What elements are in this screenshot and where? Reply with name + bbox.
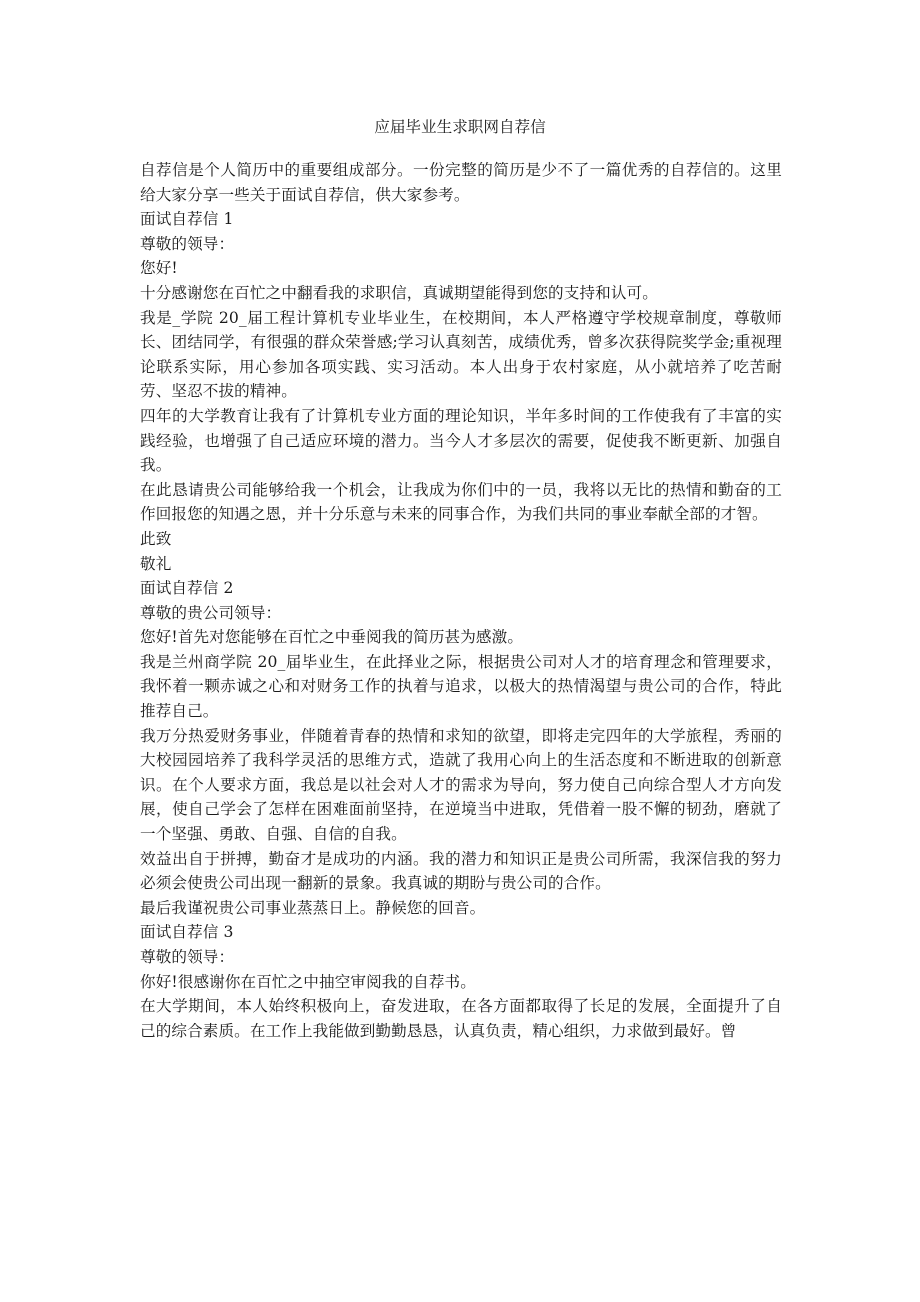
intro-paragraph: 自荐信是个人简历中的重要组成部分。一份完整的简历是少不了一篇优秀的自荐信的。这里… — [140, 158, 782, 207]
paragraph: 最后我谨祝贵公司事业蒸蒸日上。静候您的回音。 — [140, 896, 782, 921]
section-heading-letter-2: 面试自荐信 2 — [140, 576, 782, 601]
paragraph: 我万分热爱财务事业，伴随着青春的热情和求知的欲望，即将走完四年的大学旅程，秀丽的… — [140, 724, 782, 847]
salutation: 尊敬的领导： — [140, 232, 782, 257]
paragraph: 效益出自于拼搏，勤奋才是成功的内涵。我的潜力和知识正是贵公司所需，我深信我的努力… — [140, 847, 782, 896]
paragraph: 十分感谢您在百忙之中翻看我的求职信，真诚期望能得到您的支持和认可。 — [140, 281, 782, 306]
document-page: 应届毕业生求职网自荐信 自荐信是个人简历中的重要组成部分。一份完整的简历是少不了… — [0, 0, 920, 1302]
paragraph: 在大学期间，本人始终积极向上，奋发进取，在各方面都取得了长足的发展，全面提升了自… — [140, 994, 782, 1043]
paragraph: 在此恳请贵公司能够给我一个机会，让我成为你们中的一员，我将以无比的热情和勤奋的工… — [140, 478, 782, 527]
paragraph: 我是兰州商学院 20_届毕业生，在此择业之际，根据贵公司对人才的培育理念和管理要… — [140, 650, 782, 724]
salutation: 尊敬的贵公司领导： — [140, 601, 782, 626]
document-title: 应届毕业生求职网自荐信 — [0, 116, 920, 138]
greeting: 您好!首先对您能够在百忙之中垂阅我的简历甚为感激。 — [140, 625, 782, 650]
document-body: 自荐信是个人简历中的重要组成部分。一份完整的简历是少不了一篇优秀的自荐信的。这里… — [140, 158, 782, 1043]
greeting: 你好!很感谢你在百忙之中抽空审阅我的自荐书。 — [140, 970, 782, 995]
section-heading-letter-1: 面试自荐信 1 — [140, 207, 782, 232]
paragraph: 四年的大学教育让我有了计算机专业方面的理论知识，半年多时间的工作使我有了丰富的实… — [140, 404, 782, 478]
salutation: 尊敬的领导： — [140, 945, 782, 970]
section-heading-letter-3: 面试自荐信 3 — [140, 920, 782, 945]
closing: 敬礼 — [140, 552, 782, 577]
closing: 此致 — [140, 527, 782, 552]
paragraph: 我是_学院 20_届工程计算机专业毕业生，在校期间，本人严格遵守学校规章制度，尊… — [140, 306, 782, 404]
greeting: 您好! — [140, 256, 782, 281]
